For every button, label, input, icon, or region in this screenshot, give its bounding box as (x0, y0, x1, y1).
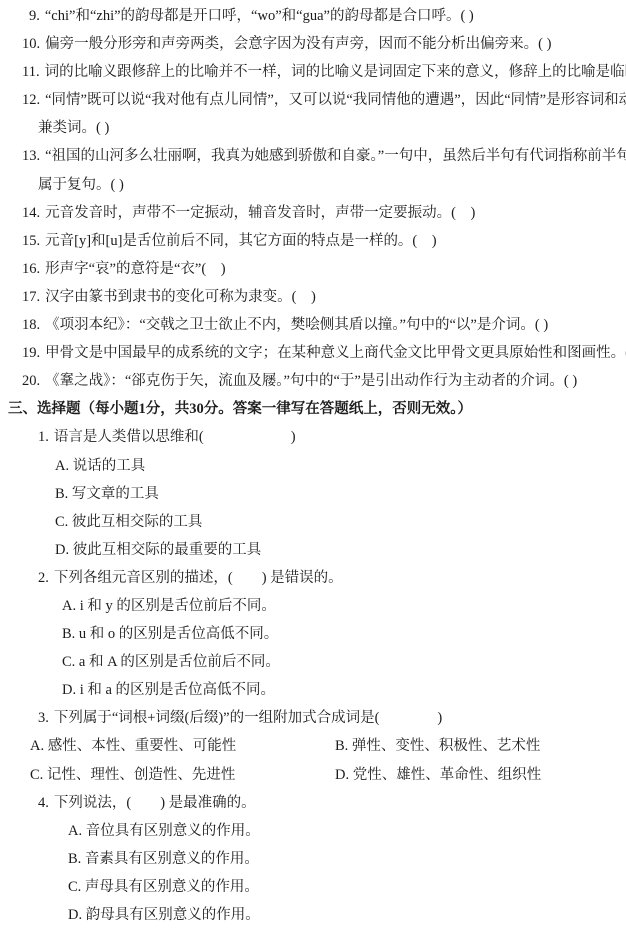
item-number: 16. (22, 261, 40, 277)
item-text: 偏旁一般分形旁和声旁两类，会意字因为没有声旁，因而不能分析出偏旁来。( ) (45, 36, 551, 52)
item-10: 10.偏旁一般分形旁和声旁两类，会意字因为没有声旁，因而不能分析出偏旁来。( ) (0, 30, 626, 58)
item-16: 16.形声字“哀”的意符是“衣”( ) (0, 255, 626, 283)
item-text: 甲骨文是中国最早的成系统的文字；在某种意义上商代金文比甲骨文更具原始性和图画性。… (45, 345, 626, 361)
question-1-option-a: A. 说话的工具 (0, 452, 626, 480)
question-1-stem: 1.语言是人类借以思维和( ) (0, 423, 626, 451)
item-9: 9.“chi”和“zhi”的韵母都是开口呼，“wo”和“gua”的韵母都是合口呼… (0, 2, 626, 30)
question-3-option-b: B. 弹性、变性、积极性、艺术性 (335, 732, 540, 760)
item-17: 17.汉字由篆书到隶书的变化可称为隶变。( ) (0, 283, 626, 311)
question-text: 下列说法，( ) 是最准确的。 (54, 795, 256, 811)
item-number: 11. (22, 64, 40, 80)
item-13: 13.“祖国的山河多么壮丽啊，我真为她感到骄傲和自豪。”一句中，虽然后半句有代词… (0, 142, 626, 170)
item-13-continuation: 属于复句。( ) (0, 171, 626, 199)
question-2-option-c: C. a 和 A 的区别是舌位前后不同。 (0, 648, 626, 676)
exam-document: 9.“chi”和“zhi”的韵母都是开口呼，“wo”和“gua”的韵母都是合口呼… (0, 0, 626, 929)
item-18: 18.《项羽本纪》：“交戟之卫士欲止不内，樊哙侧其盾以撞。”句中的“以”是介词。… (0, 311, 626, 339)
item-15: 15.元音[y]和[u]是舌位前后不同，其它方面的特点是一样的。( ) (0, 227, 626, 255)
question-2-option-a: A. i 和 y 的区别是舌位前后不同。 (0, 592, 626, 620)
item-text: 《项羽本纪》：“交戟之卫士欲止不内，樊哙侧其盾以撞。”句中的“以”是介词。( ) (45, 317, 548, 333)
item-text: 汉字由篆书到隶书的变化可称为隶变。( ) (45, 289, 316, 305)
question-text: 下列各组元音区别的描述，( ) 是错误的。 (54, 570, 343, 586)
item-19: 19.甲骨文是中国最早的成系统的文字；在某种意义上商代金文比甲骨文更具原始性和图… (0, 339, 626, 367)
item-number: 20. (22, 373, 40, 389)
question-2-option-d: D. i 和 a 的区别是舌位高低不同。 (0, 676, 626, 704)
question-4-option-a: A. 音位具有区别意义的作用。 (0, 817, 626, 845)
question-4-option-d: D. 韵母具有区别意义的作用。 (0, 901, 626, 929)
question-1-option-d: D. 彼此互相交际的最重要的工具 (0, 536, 626, 564)
question-number: 2. (38, 570, 49, 586)
item-number: 13. (22, 148, 40, 164)
item-text: 词的比喻义跟修辞上的比喻并不一样，词的比喻义是词固定下来的意义，修辞上的比喻是临… (45, 64, 626, 80)
question-3-option-c: C. 记性、理性、创造性、先进性 (30, 761, 335, 789)
question-4-option-c: C. 声母具有区别意义的作用。 (0, 873, 626, 901)
question-4-option-b: B. 音素具有区别意义的作用。 (0, 845, 626, 873)
question-number: 3. (38, 710, 49, 726)
item-number: 14. (22, 205, 40, 221)
section-header: 三、选择题（每小题1分，共30分。答案一律写在答题纸上，否则无效。） (0, 395, 626, 423)
item-number: 15. (22, 233, 40, 249)
item-number: 12. (22, 92, 40, 108)
item-text: 《鞌之战》：“郤克伤于矢，流血及屦。”句中的“于”是引出动作行为主动者的介词。(… (45, 373, 577, 389)
question-2-stem: 2.下列各组元音区别的描述，( ) 是错误的。 (0, 564, 626, 592)
question-text: 下列属于“词根+词缀(后缀)”的一组附加式合成词是( ) (54, 710, 442, 726)
question-3-option-d: D. 党性、雄性、革命性、组织性 (335, 761, 541, 789)
item-text: “祖国的山河多么壮丽啊，我真为她感到骄傲和自豪。”一句中，虽然后半句有代词指称前… (45, 148, 626, 164)
question-text: 语言是人类借以思维和( ) (54, 429, 296, 445)
item-12-continuation: 兼类词。( ) (0, 114, 626, 142)
question-1-option-b: B. 写文章的工具 (0, 480, 626, 508)
question-3-options-row-2: C. 记性、理性、创造性、先进性 D. 党性、雄性、革命性、组织性 (0, 761, 626, 789)
item-11: 11.词的比喻义跟修辞上的比喻并不一样，词的比喻义是词固定下来的意义，修辞上的比… (0, 58, 626, 86)
item-text: 形声字“哀”的意符是“衣”( ) (45, 261, 225, 277)
item-number: 9. (29, 8, 40, 24)
item-14: 14.元音发音时，声带不一定振动，辅音发音时，声带一定要振动。( ) (0, 199, 626, 227)
item-text: 元音发音时，声带不一定振动，辅音发音时，声带一定要振动。( ) (45, 205, 475, 221)
question-3-options-row-1: A. 感性、本性、重要性、可能性 B. 弹性、变性、积极性、艺术性 (0, 732, 626, 760)
item-number: 10. (22, 36, 40, 52)
item-text: 元音[y]和[u]是舌位前后不同，其它方面的特点是一样的。( ) (45, 233, 436, 249)
item-number: 17. (22, 289, 40, 305)
question-4-stem: 4.下列说法，( ) 是最准确的。 (0, 789, 626, 817)
question-number: 1. (38, 429, 49, 445)
item-text: “同情”既可以说“我对他有点儿同情”，又可以说“我同情他的遭遇”，因此“同情”是… (45, 92, 626, 108)
question-3-option-a: A. 感性、本性、重要性、可能性 (30, 732, 335, 760)
question-number: 4. (38, 795, 49, 811)
item-12: 12.“同情”既可以说“我对他有点儿同情”，又可以说“我同情他的遭遇”，因此“同… (0, 86, 626, 114)
item-number: 18. (22, 317, 40, 333)
question-1-option-c: C. 彼此互相交际的工具 (0, 508, 626, 536)
item-number: 19. (22, 345, 40, 361)
question-3-stem: 3.下列属于“词根+词缀(后缀)”的一组附加式合成词是( ) (0, 704, 626, 732)
item-text: “chi”和“zhi”的韵母都是开口呼，“wo”和“gua”的韵母都是合口呼。(… (45, 8, 474, 24)
item-20: 20.《鞌之战》：“郤克伤于矢，流血及屦。”句中的“于”是引出动作行为主动者的介… (0, 367, 626, 395)
question-2-option-b: B. u 和 o 的区别是舌位高低不同。 (0, 620, 626, 648)
